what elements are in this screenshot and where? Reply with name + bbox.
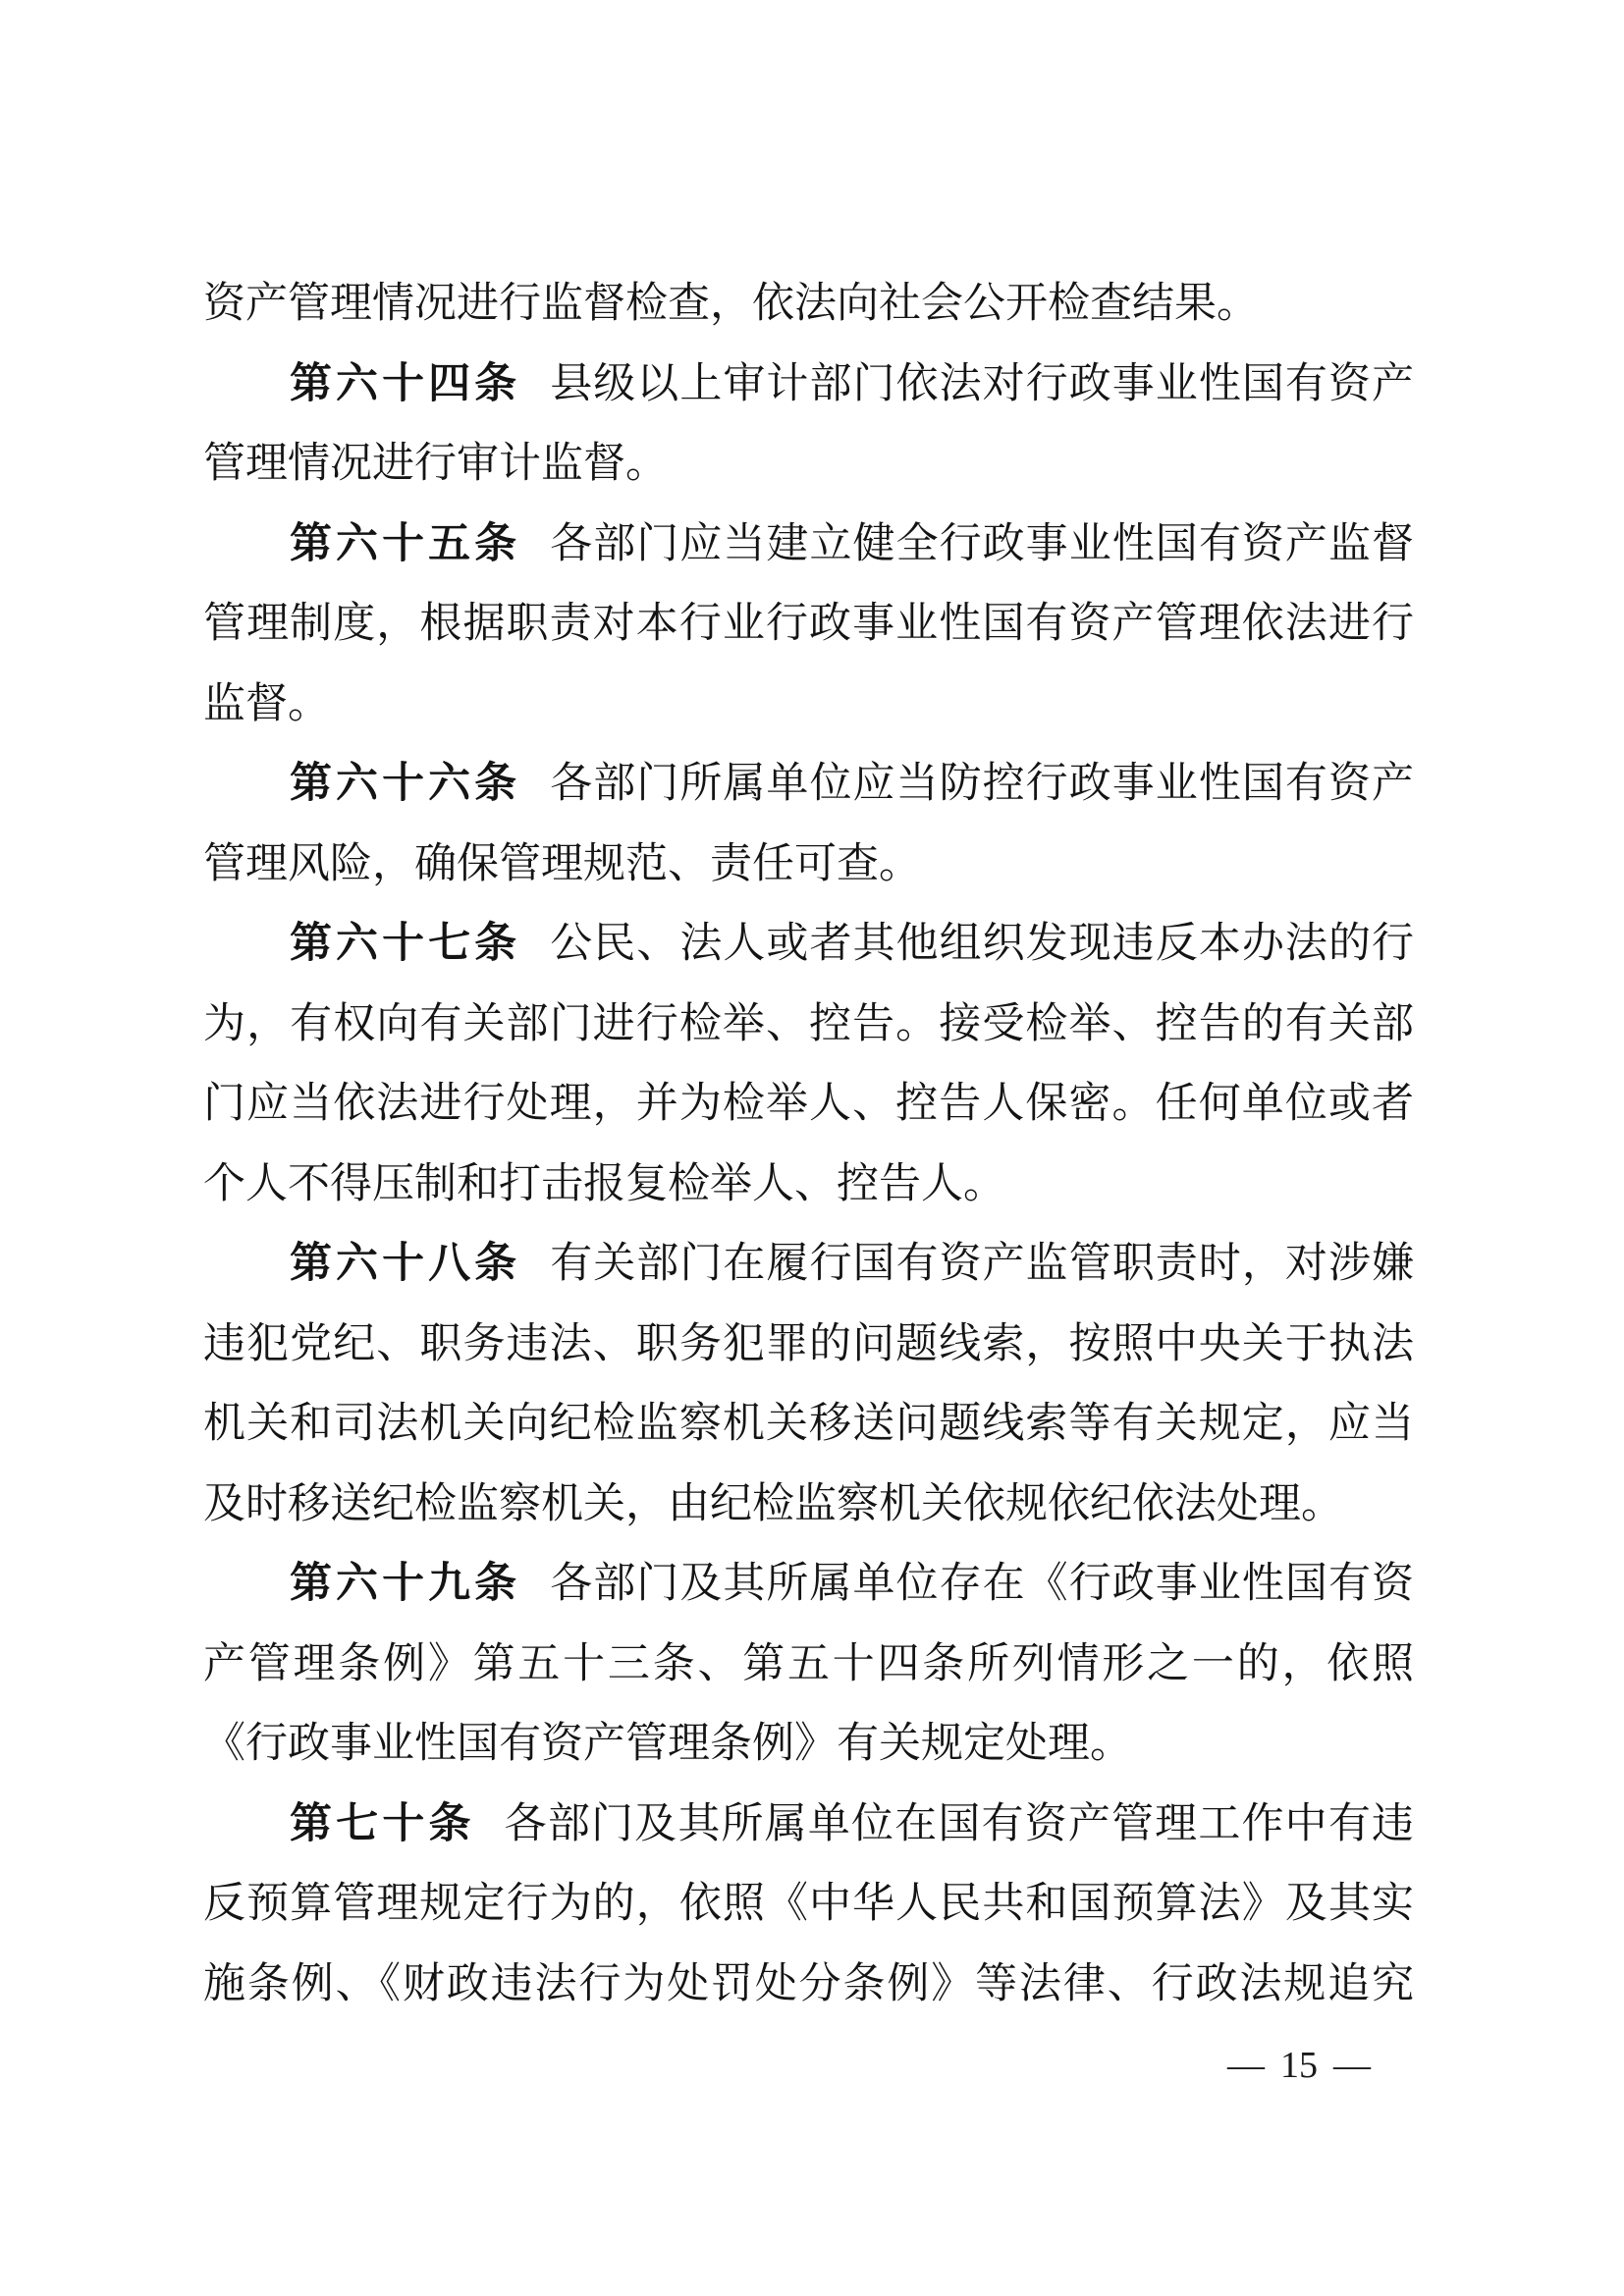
paragraph-line: 反预算管理规定行为的，依照《中华人民共和国预算法》及其实 [203, 1864, 1414, 1945]
line-text: 公民、法人或者其他组织发现违反本办法的行 [550, 921, 1414, 967]
line-text: 违犯党纪、职务违法、职务犯罪的问题线索，按照中央关于执法 [203, 1321, 1414, 1367]
line-text: 《行政事业性国有资产管理条例》有关规定处理。 [203, 1721, 1132, 1767]
article-line: 第六十七条公民、法人或者其他组织发现违反本办法的行 [203, 904, 1414, 985]
line-text: 产管理条例》第五十三条、第五十四条所列情形之一的，依照 [203, 1641, 1414, 1687]
document-page: 资产管理情况进行监督检查，依法向社会公开检查结果。 第六十四条县级以上审计部门依… [0, 0, 1624, 2296]
line-text: 个人不得压制和打击报复检举人、控告人。 [203, 1161, 1005, 1207]
article-number: 第六十八条 [290, 1240, 520, 1287]
paragraph-line: 施条例、《财政违法行为处罚处分条例》等法律、行政法规追究 [203, 1945, 1414, 2025]
paragraph-line: 管理风险，确保管理规范、责任可查。 [203, 825, 1414, 905]
article-line: 第六十四条县级以上审计部门依法对行政事业性国有资产 [203, 345, 1414, 425]
line-text: 管理情况进行审计监督。 [203, 441, 668, 487]
article-line: 第六十六条各部门所属单位应当防控行政事业性国有资产 [203, 744, 1414, 825]
paragraph-line: 机关和司法机关向纪检监察机关移送问题线索等有关规定，应当 [203, 1384, 1414, 1465]
line-text: 监督。 [203, 681, 330, 727]
article-number: 第六十九条 [290, 1560, 520, 1607]
line-text: 县级以上审计部门依法对行政事业性国有资产 [550, 361, 1414, 407]
line-text: 各部门所属单位应当防控行政事业性国有资产 [550, 761, 1414, 807]
line-text: 有关部门在履行国有资产监管职责时，对涉嫌 [550, 1241, 1414, 1287]
paragraph-line: 门应当依法进行处理，并为检举人、控告人保密。任何单位或者 [203, 1064, 1414, 1145]
paragraph-line: 管理制度，根据职责对本行业行政事业性国有资产管理依法进行 [203, 584, 1414, 665]
paragraph-line: 监督。 [203, 665, 1414, 745]
paragraph-line: 为，有权向有关部门进行检举、控告。接受检举、控告的有关部 [203, 985, 1414, 1065]
article-number: 第七十条 [290, 1800, 475, 1847]
line-text: 管理风险，确保管理规范、责任可查。 [203, 841, 921, 887]
line-text: 各部门及其所属单位存在《行政事业性国有资 [550, 1561, 1414, 1607]
line-text: 门应当依法进行处理，并为检举人、控告人保密。任何单位或者 [203, 1081, 1414, 1127]
line-text: 管理制度，根据职责对本行业行政事业性国有资产管理依法进行 [203, 601, 1414, 647]
paragraph-line: 资产管理情况进行监督检查，依法向社会公开检查结果。 [203, 264, 1414, 345]
article-line: 第六十八条有关部门在履行国有资产监管职责时，对涉嫌 [203, 1224, 1414, 1305]
article-number: 第六十四条 [290, 360, 520, 407]
paragraph-line: 及时移送纪检监察机关，由纪检监察机关依规依纪依法处理。 [203, 1465, 1414, 1545]
line-text: 及时移送纪检监察机关，由纪检监察机关依规依纪依法处理。 [203, 1481, 1343, 1527]
article-line: 第六十九条各部门及其所属单位存在《行政事业性国有资 [203, 1544, 1414, 1625]
article-number: 第六十五条 [290, 520, 520, 567]
paragraph-line: 产管理条例》第五十三条、第五十四条所列情形之一的，依照 [203, 1625, 1414, 1705]
line-text: 各部门应当建立健全行政事业性国有资产监督 [550, 521, 1414, 567]
line-text: 机关和司法机关向纪检监察机关移送问题线索等有关规定，应当 [203, 1401, 1414, 1447]
line-text: 各部门及其所属单位在国有资产管理工作中有违 [505, 1801, 1414, 1847]
page-number: 15 [1280, 2045, 1318, 2086]
document-body: 资产管理情况进行监督检查，依法向社会公开检查结果。 第六十四条县级以上审计部门依… [203, 264, 1414, 2024]
footer-dash-right: — [1333, 2045, 1371, 2086]
line-text: 资产管理情况进行监督检查，依法向社会公开检查结果。 [203, 281, 1259, 327]
page-footer: —15— [0, 2040, 1624, 2091]
line-text: 为，有权向有关部门进行检举、控告。接受检举、控告的有关部 [203, 1001, 1414, 1047]
paragraph-line: 个人不得压制和打击报复检举人、控告人。 [203, 1145, 1414, 1225]
article-line: 第六十五条各部门应当建立健全行政事业性国有资产监督 [203, 505, 1414, 585]
line-text: 施条例、《财政违法行为处罚处分条例》等法律、行政法规追究 [203, 1961, 1414, 2007]
paragraph-line: 管理情况进行审计监督。 [203, 424, 1414, 505]
footer-dash-left: — [1227, 2045, 1265, 2086]
article-number: 第六十六条 [290, 760, 520, 807]
article-number: 第六十七条 [290, 920, 520, 967]
paragraph-line: 《行政事业性国有资产管理条例》有关规定处理。 [203, 1704, 1414, 1785]
article-line: 第七十条各部门及其所属单位在国有资产管理工作中有违 [203, 1785, 1414, 1865]
line-text: 反预算管理规定行为的，依照《中华人民共和国预算法》及其实 [203, 1881, 1414, 1927]
paragraph-line: 违犯党纪、职务违法、职务犯罪的问题线索，按照中央关于执法 [203, 1305, 1414, 1385]
